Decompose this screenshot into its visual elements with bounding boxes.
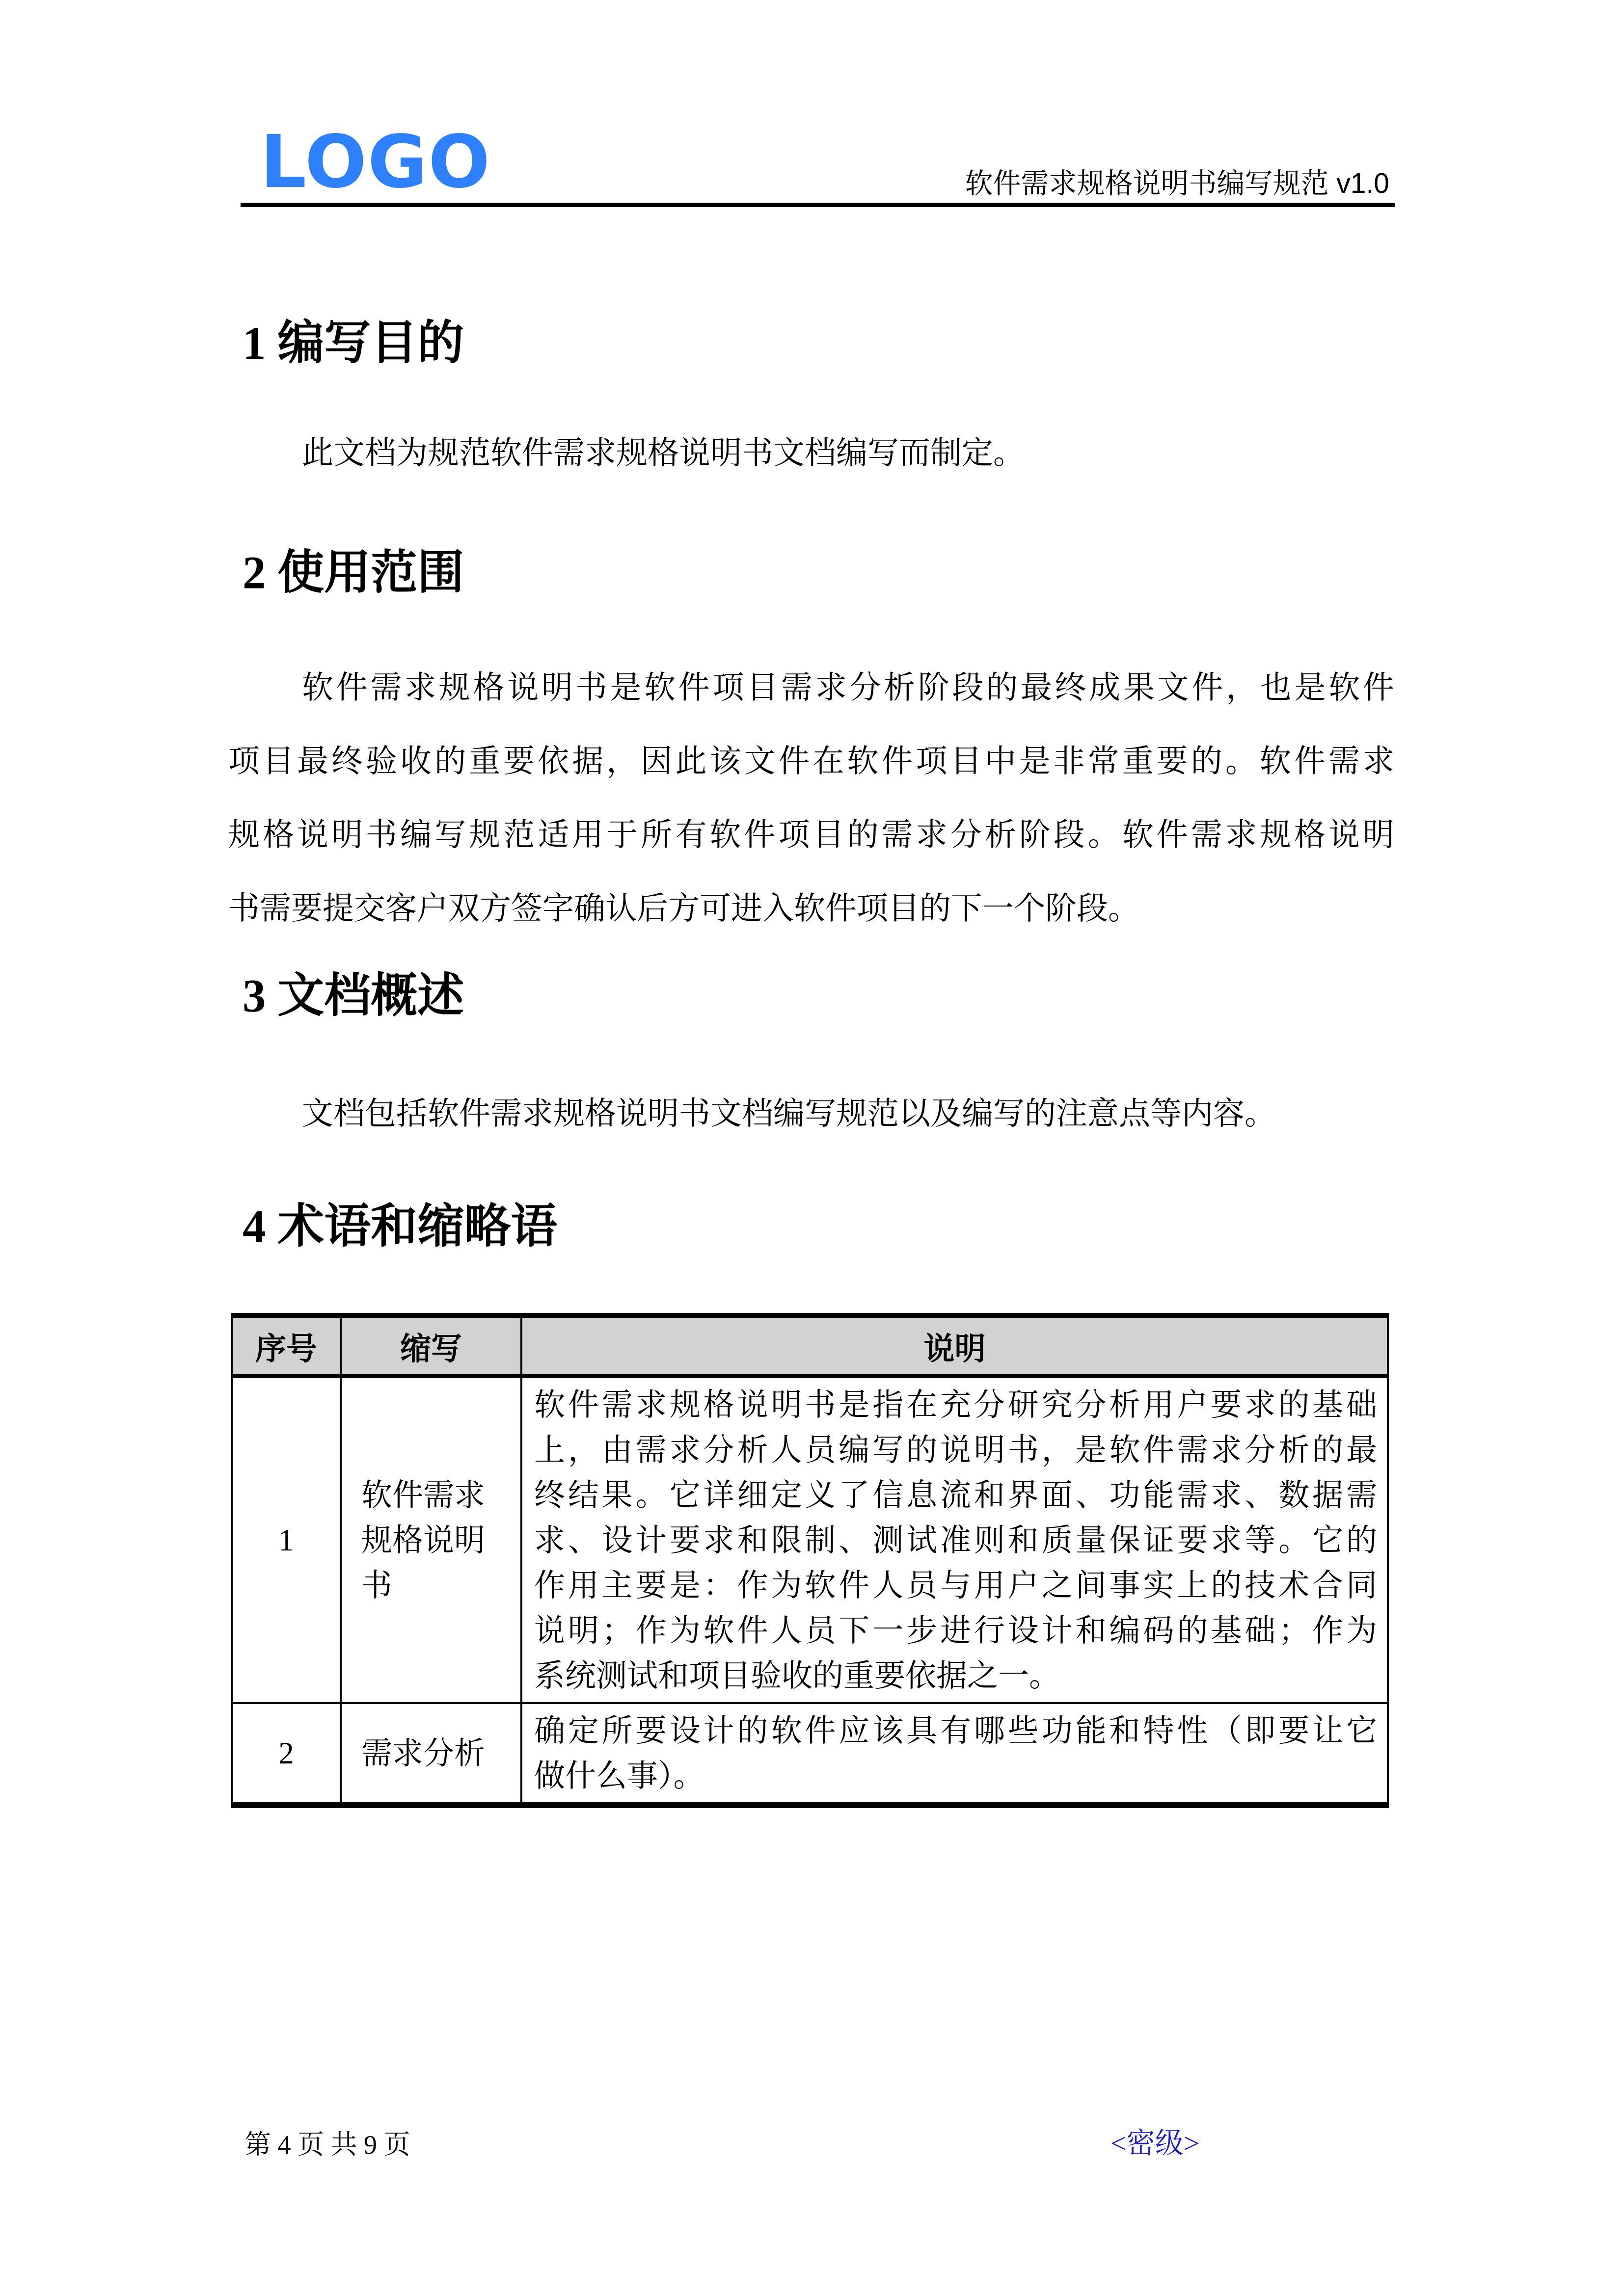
- desc-line: 作用主要是：作为软件人员与用户之间事实上的技术合同: [534, 1563, 1377, 1608]
- header-doc-title: 软件需求规格说明书编写规范 v1.0: [965, 167, 1389, 200]
- abbr-line: 软件需求: [361, 1472, 485, 1518]
- table-row: 2 需求分析 确定所要设计的软件应该具有哪些功能和特性（即要让它 做什么事）。: [233, 1704, 1387, 1802]
- paragraph-line: 书需要提交客户双方签字确认后方可进入软件项目的下一个阶段。: [228, 872, 1394, 945]
- col-header-desc: 说明: [522, 1318, 1387, 1374]
- section-heading-2: 2 使用范围: [243, 545, 464, 601]
- desc-line: 确定所要设计的软件应该具有哪些功能和特性（即要让它: [534, 1708, 1377, 1753]
- desc-line: 终结果。它详细定义了信息流和界面、功能需求、数据需: [534, 1472, 1377, 1518]
- abbr-text: 软件需求 规格说明 书: [342, 1472, 485, 1608]
- abbr-line: 书: [361, 1563, 485, 1608]
- col-header-abbr: 缩写: [342, 1318, 522, 1374]
- section-1-paragraph: 此文档为规范软件需求规格说明书文档编写而制定。: [228, 416, 1394, 490]
- section-heading-1: 1 编写目的: [243, 315, 464, 371]
- desc-line: 系统测试和项目验收的重要依据之一。: [534, 1653, 1377, 1698]
- header-divider-line: [241, 203, 1395, 207]
- desc-line: 求、设计要求和限制、测试准则和质量保证要求等。它的: [534, 1518, 1377, 1563]
- footer-classification: <密级>: [1110, 2126, 1199, 2161]
- section-3-paragraph: 文档包括软件需求规格说明书文档编写规范以及编写的注意点等内容。: [228, 1077, 1394, 1150]
- col-header-no: 序号: [233, 1318, 342, 1374]
- cell-desc: 确定所要设计的软件应该具有哪些功能和特性（即要让它 做什么事）。: [522, 1704, 1387, 1802]
- section-2-paragraph: 软件需求规格说明书是软件项目需求分析阶段的最终成果文件，也是软件 项目最终验收的…: [228, 651, 1394, 945]
- cell-no: 2: [233, 1704, 342, 1802]
- paragraph-line: 项目最终验收的重要依据，因此该文件在软件项目中是非常重要的。软件需求: [228, 724, 1394, 798]
- desc-line: 软件需求规格说明书是指在充分研究分析用户要求的基础: [534, 1382, 1377, 1427]
- cell-no: 1: [233, 1378, 342, 1702]
- paragraph-line: 规格说明书编写规范适用于所有软件项目的需求分析阶段。软件需求规格说明: [228, 798, 1394, 872]
- footer-page-number: 第 4 页 共 9 页: [244, 2129, 410, 2161]
- desc-line: 做什么事）。: [534, 1753, 1377, 1798]
- abbr-line: 需求分析: [361, 1731, 485, 1776]
- abbr-text: 需求分析: [342, 1731, 485, 1776]
- desc-line: 说明；作为软件人员下一步进行设计和编码的基础；作为: [534, 1608, 1377, 1653]
- cell-desc: 软件需求规格说明书是指在充分研究分析用户要求的基础 上，由需求分析人员编写的说明…: [522, 1378, 1387, 1702]
- document-page: LOGO 软件需求规格说明书编写规范 v1.0 1 编写目的 此文档为规范软件需…: [0, 0, 1624, 2296]
- section-heading-4: 4 术语和缩略语: [243, 1199, 557, 1255]
- section-heading-3: 3 文档概述: [243, 968, 464, 1024]
- cell-abbr: 软件需求 规格说明 书: [342, 1378, 522, 1702]
- abbr-line: 规格说明: [361, 1518, 485, 1563]
- table-header-row: 序号 缩写 说明: [233, 1318, 1387, 1378]
- company-logo: LOGO: [260, 126, 491, 198]
- terms-table: 序号 缩写 说明 1 软件需求 规格说明 书 软件需求规格说明书是指在充分研究分…: [231, 1313, 1389, 1808]
- desc-line: 上，由需求分析人员编写的说明书，是软件需求分析的最: [534, 1427, 1377, 1472]
- paragraph-line: 软件需求规格说明书是软件项目需求分析阶段的最终成果文件，也是软件: [228, 651, 1394, 724]
- table-row: 1 软件需求 规格说明 书 软件需求规格说明书是指在充分研究分析用户要求的基础 …: [233, 1378, 1387, 1704]
- cell-abbr: 需求分析: [342, 1704, 522, 1802]
